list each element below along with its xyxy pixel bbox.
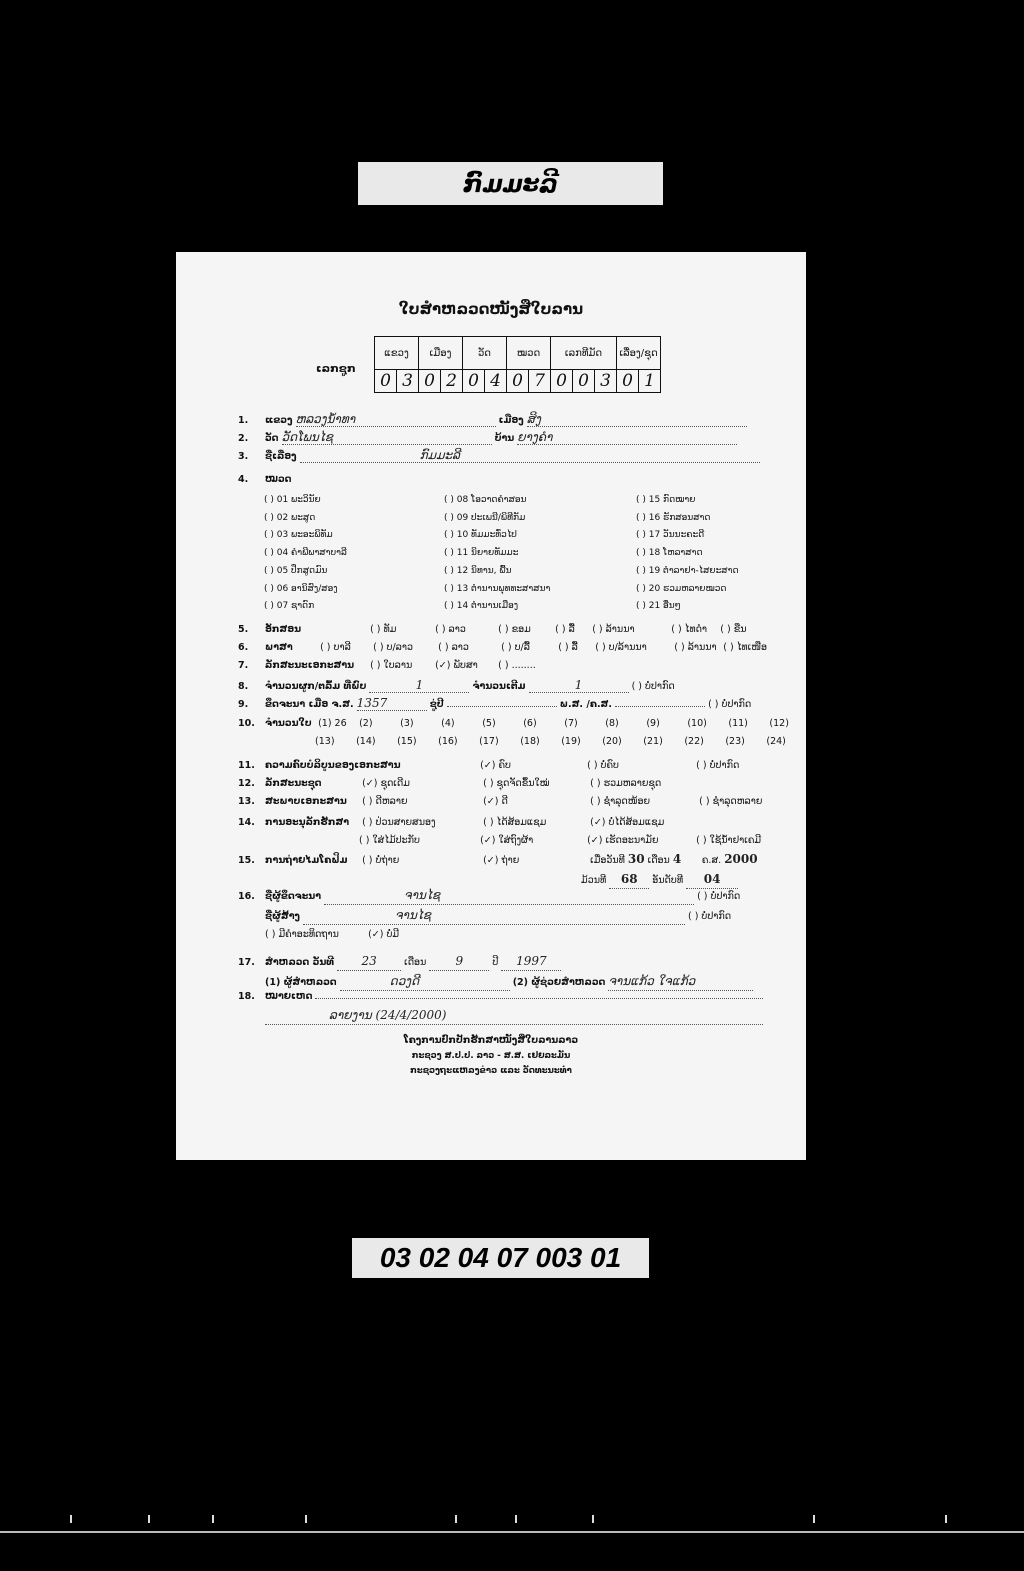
condition-option[interactable]: ( ) ຊຳລຸດຫລາຍ: [699, 796, 762, 807]
scribe-value: ຈານໄຊ: [324, 886, 694, 905]
code-digit: 1: [639, 370, 661, 393]
field-set-type: 12. ລັກສະນະຊຸດ (✓) ຊຸດເດີມ ( ) ຊຸດຈັດຂຶ້…: [238, 778, 661, 789]
field-number: 17.: [238, 954, 262, 972]
category-option[interactable]: ( ) 01 ພະວິນັຍ: [264, 492, 347, 510]
field-label: ຄ.ສ.: [702, 855, 721, 866]
footer-line-1: ໂຄງການປົກປັກຮັກສາໜັງສືໃບລານລາວ: [176, 1035, 806, 1046]
language-option[interactable]: ( ) ລາວ: [438, 642, 498, 653]
field-number: 7.: [238, 660, 262, 671]
field-survey: 17. ສຳຫລວດ ວັນທີ 23 ເດືອນ 9 ປີ 1997 (1) …: [238, 952, 753, 992]
script-option[interactable]: ( ) ຂອມ: [498, 624, 552, 635]
field-label: ສຳຫລວດ ວັນທີ: [265, 957, 334, 968]
field-number: 10.: [238, 715, 262, 733]
doctype-option[interactable]: ( ) ........: [498, 660, 536, 671]
condition-option[interactable]: ( ) ດີຫລາຍ: [362, 796, 480, 807]
reference-code-strip: 03 02 04 07 003 01: [352, 1238, 649, 1278]
completeness-option[interactable]: ( ) ບໍ່ປາກົດ: [696, 760, 739, 771]
field-label: ຂຶດຈະນາ ເມື່ອ ຈ.ສ.: [265, 699, 354, 710]
category-option[interactable]: ( ) 02 ພະສູດ: [264, 510, 347, 528]
leaf-count-cell: (17): [479, 733, 517, 751]
cs-year-value: 1357: [357, 696, 427, 711]
code-header-temple: ວັດ: [463, 337, 507, 370]
conservation-option[interactable]: (✓) ບໍ່ໄດ້ສ້ອມແຊມ: [590, 817, 664, 828]
field-label: ອັກສອນ: [265, 624, 367, 635]
field-label: ເດືອນ: [648, 855, 670, 866]
manuscript-survey-card: ໃບສຳຫລວດໜັງສືໃບລານ ເລກຊູກ ແຂວງ ເມືອງ ວັດ…: [176, 252, 806, 1160]
code-header-province: ແຂວງ: [375, 337, 419, 370]
field-label: ບ້ານ: [495, 433, 515, 444]
set-type-option[interactable]: ( ) ຮວມຫລາຍຊຸດ: [590, 778, 661, 789]
field-label: ເດືອນ: [404, 957, 426, 968]
field-label: ວັດ: [265, 433, 278, 444]
category-option[interactable]: ( ) 16 ຮັກສອນສາດ: [636, 510, 739, 528]
field-conservation: 14. ການອະນຸລັກຮັກສາ ( ) ປ່ວນສາຍສນອງ ( ) …: [238, 814, 761, 850]
leaf-count-cell: (6): [523, 715, 561, 733]
category-option[interactable]: ( ) 07 ຊາດົກ: [264, 598, 347, 616]
code-table: ແຂວງ ເມືອງ ວັດ ໝວດ ເລກທີມັດ ເລື່ອງ/ຊຸດ 0…: [374, 336, 661, 393]
leaf-count-cell: (3): [400, 715, 438, 733]
category-option[interactable]: ( ) 03 ພະອະພິທັມ: [264, 527, 347, 545]
field-number: 5.: [238, 624, 262, 635]
leaf-count-cell: (19): [561, 733, 599, 751]
field-label: ອັນດັບທີ: [652, 875, 683, 886]
script-option[interactable]: ( ) ໄທດຳ: [671, 624, 717, 635]
fascicle-count-value: 1: [369, 678, 469, 693]
condition-option[interactable]: ( ) ຊຳລຸດໜ້ອຍ: [590, 796, 696, 807]
footer-line-2: ກະຊວງ ສ.ປ.ປ. ລາວ - ສ.ສ. ເຢຍລະມັນ: [176, 1051, 806, 1061]
film-mark: [592, 1515, 594, 1523]
field-label: ໝວດ: [265, 474, 291, 485]
script-option[interactable]: ( ) ຂືນ: [720, 624, 746, 635]
film-mark: [70, 1515, 72, 1523]
code-label: ເລກຊູກ: [316, 362, 356, 375]
field-language: 6. ພາສາ ( ) ບາລີ ( ) ບ/ລາວ ( ) ລາວ ( ) ບ…: [238, 642, 767, 653]
script-option[interactable]: ( ) ລ້ານນາ: [592, 624, 668, 635]
leaf-count-cell: (22): [684, 733, 722, 751]
language-option[interactable]: ( ) ບ/ລາວ: [373, 642, 435, 653]
conservation-option[interactable]: ( ) ໃສ່ໄມ້ປະກັບ: [359, 832, 477, 850]
field-label: ຊື່ເລື່ອງ: [265, 451, 297, 462]
conservation-option[interactable]: ( ) ປ່ວນສາຍສນອງ: [362, 814, 480, 832]
film-edge-line: [0, 1531, 1024, 1533]
unknown-option[interactable]: ( ) ບໍ່ປາກົດ: [697, 891, 740, 902]
category-option[interactable]: ( ) 21 ອື່ນໆ: [636, 598, 739, 616]
category-option[interactable]: ( ) 05 ປຶກສູດມົນ: [264, 563, 347, 581]
completeness-option[interactable]: ( ) ບໍ່ຄົບ: [587, 760, 693, 771]
unknown-option[interactable]: ( ) ບໍ່ປາກົດ: [708, 699, 751, 710]
language-option[interactable]: ( ) ບ/ລ້ານນາ: [595, 642, 671, 653]
category-option[interactable]: ( ) 09 ປະເພນີ/ພິທີກັມ: [444, 510, 550, 528]
field-number: 11.: [238, 760, 262, 771]
film-mark: [515, 1515, 517, 1523]
code-header-category: ໝວດ: [507, 337, 551, 370]
condition-option[interactable]: (✓) ດີ: [483, 796, 587, 807]
field-label: ພ.ສ. /ຄ.ສ.: [560, 699, 612, 710]
field-number: 13.: [238, 796, 262, 807]
category-column-3: ( ) 15 ກົດໝາຍ ( ) 16 ຮັກສອນສາດ ( ) 17 ວັ…: [636, 492, 739, 616]
code-digit: 0: [551, 370, 573, 393]
leaf-count-cell: (8): [605, 715, 643, 733]
field-number: 16.: [238, 888, 262, 906]
field-temple: 2. ວັດ ວັດໂພນໄຊ ບ້ານ ຍາງຄຳ: [238, 430, 737, 445]
field-number: 4.: [238, 474, 262, 485]
field-label: ລັກສະນະຊຸດ: [265, 778, 359, 789]
leaf-count-cell: (24): [766, 736, 786, 747]
field-label: ຊື່ຜູ້ສ້າງ: [265, 911, 300, 922]
card-title: ໃບສຳຫລວດໜັງສືໃບລານ: [176, 300, 806, 318]
leaf-count-cell: (7): [564, 715, 602, 733]
category-option[interactable]: ( ) 10 ທັມມະທົ່ວໄປ: [444, 527, 550, 545]
leaf-count-cell: (9): [646, 715, 684, 733]
code-digit: 2: [441, 370, 463, 393]
field-label: ພາສາ: [265, 642, 317, 653]
field-document-type: 7. ລັກສະນະເອກະສານ ( ) ໃບລານ (✓) ພັບສາ ( …: [238, 660, 536, 671]
temple-value: ວັດໂພນໄຊ: [282, 430, 492, 445]
field-number: 9.: [238, 699, 262, 710]
film-mark: [813, 1515, 815, 1523]
category-option[interactable]: ( ) 20 ຮວມຫລາຍໝວດ: [636, 581, 739, 599]
code-digit: 3: [397, 370, 419, 393]
field-scribe: 16. ຊື່ຜູ້ຂຶດຈະນາ ຈານໄຊ ( ) ບໍ່ປາກົດ ຊື່…: [238, 886, 740, 944]
category-option[interactable]: ( ) 17 ວັນນະຄະດີ: [636, 527, 739, 545]
code-digit: 0: [419, 370, 441, 393]
set-type-option[interactable]: ( ) ຊຸດຈັດຂຶ້ນໃໝ່: [483, 778, 587, 789]
code-digit: 0: [617, 370, 639, 393]
leaf-count-cell: (23): [725, 733, 763, 751]
field-leaf-count: 10. ຈຳນວນໃບ (1) 26 (2) (3) (4) (5) (6) (…: [238, 715, 789, 751]
leaf-count-cell: (11): [728, 715, 766, 733]
field-label: (1) ຜູ້ສຳຫລວດ: [265, 977, 337, 988]
district-value: ສິງ: [527, 412, 747, 427]
code-digit: 7: [529, 370, 551, 393]
field-label: (2) ຜູ້ຊ່ວຍສຳຫລວດ: [513, 977, 606, 988]
field-label: ສະພາບເອກະສານ: [265, 796, 359, 807]
code-header-district: ເມືອງ: [419, 337, 463, 370]
category-option[interactable]: ( ) 18 ໂຫລາສາດ: [636, 545, 739, 563]
film-mark: [148, 1515, 150, 1523]
field-label: ຊູ່ປີ: [430, 699, 444, 710]
category-option[interactable]: ( ) 13 ຕຳນານພຸທທະສາສນາ: [444, 581, 550, 599]
unknown-option[interactable]: ( ) ບໍ່ປາກົດ: [688, 911, 731, 922]
field-number: 1.: [238, 415, 262, 426]
leaf-count-cell: (4): [441, 715, 479, 733]
footer-line-3: ກະຊວງຖະແຫລງຂ່າວ ແລະ ວັດທະນະທຳ: [176, 1066, 806, 1076]
completeness-option[interactable]: (✓) ຄົບ: [480, 760, 584, 771]
province-value: ຫລວງນ້ຳທາ: [296, 412, 496, 427]
script-option[interactable]: ( ) ລື້: [555, 624, 589, 635]
conservation-option[interactable]: ( ) ໄດ້ສ້ອມແຊມ: [483, 814, 587, 832]
set-type-option[interactable]: (✓) ຊຸດເດີມ: [362, 778, 480, 789]
survey-month: 9: [429, 952, 489, 971]
code-digit: 0: [573, 370, 595, 393]
field-number: 3.: [238, 451, 262, 462]
field-number: 18.: [238, 988, 262, 1006]
script-option[interactable]: ( ) ລາວ: [435, 624, 495, 635]
leaf-count-cell: (1) 26: [318, 715, 356, 733]
top-label-strip: ກົມມະລີ: [358, 162, 663, 205]
film-mark: [212, 1515, 214, 1523]
leaf-count-cell: (18): [520, 733, 558, 751]
field-category: 4. ໝວດ: [238, 474, 291, 485]
field-inscription-date: 9. ຂຶດຈະນາ ເມື່ອ ຈ.ສ. 1357 ຊູ່ປີ ພ.ສ. /ຄ…: [238, 696, 751, 711]
leaf-count-cell: (13): [315, 733, 353, 751]
field-title: 3. ຊື່ເລື່ອງ ກົມມະລີ: [238, 448, 760, 463]
sponsor-value: ຈານໄຊ: [303, 906, 685, 925]
language-option[interactable]: ( ) ບ/ລື້: [501, 642, 555, 653]
field-label: ມ້ວນທີ: [581, 875, 606, 886]
field-fascicle-count: 8. ຈຳນວນຜູກ/ຕລົ້ມ ທີ່ພົບ 1 ຈຳນວນເຕີມ 1 (…: [238, 678, 675, 693]
field-label: ແຂວງ: [265, 415, 292, 426]
category-option[interactable]: ( ) 19 ຕຳລາຢາ-ໄສຍະສາດ: [636, 563, 739, 581]
category-column-1: ( ) 01 ພະວິນັຍ ( ) 02 ພະສູດ ( ) 03 ພະອະພ…: [264, 492, 347, 616]
field-number: 8.: [238, 681, 262, 692]
category-column-2: ( ) 08 ໂອວາດຄຳສອນ ( ) 09 ປະເພນີ/ພິທີກັມ …: [444, 492, 550, 616]
field-label: ປີ: [492, 957, 498, 968]
leaf-count-cell: (5): [482, 715, 520, 733]
field-number: 2.: [238, 433, 262, 444]
leaf-count-cell: (20): [602, 733, 640, 751]
film-mark: [455, 1515, 457, 1523]
language-option[interactable]: ( ) ລ້ານນາ: [674, 642, 720, 653]
leaf-count-cell: (14): [356, 733, 394, 751]
colophon-option[interactable]: ( ) ມີຄຳອະທິດຖານ: [265, 926, 365, 944]
script-option[interactable]: ( ) ທັມ: [370, 624, 432, 635]
language-option[interactable]: ( ) ບາລີ: [320, 642, 370, 653]
field-number: 6.: [238, 642, 262, 653]
survey-year: 1997: [501, 952, 561, 971]
field-label: ຈຳນວນເຕີມ: [472, 681, 525, 692]
category-option[interactable]: ( ) 12 ນິທານ, ພື້ນ: [444, 563, 550, 581]
field-number: 14.: [238, 814, 262, 832]
category-option[interactable]: ( ) 04 ຄຳພີພາສາບາລີ: [264, 545, 347, 563]
conservation-option[interactable]: (✓) ໃສ່ຖົງຜ້າ: [480, 832, 584, 850]
field-label: ເມື່ອວັນທີ: [590, 855, 625, 866]
microfilm-option[interactable]: ( ) ບໍ່ຖ່າຍ: [362, 852, 480, 870]
code-digit: 0: [463, 370, 485, 393]
field-remarks: 18. ໝາຍເຫດ ລາຍງານ (24/4/2000): [238, 988, 763, 1026]
code-header-title-set: ເລື່ອງ/ຊຸດ: [617, 337, 661, 370]
leaf-count-cell: (10): [687, 715, 725, 733]
doctype-option[interactable]: (✓) ພັບສາ: [435, 660, 495, 671]
survey-day: 23: [337, 952, 401, 971]
microfilm-option[interactable]: (✓) ຖ່າຍ: [483, 852, 587, 870]
code-digit: 0: [375, 370, 397, 393]
leaf-count-cell: (15): [397, 733, 435, 751]
field-microfilm: 15. ການຖ່າຍໄມໂຄຟິມ ( ) ບໍ່ຖ່າຍ (✓) ຖ່າຍ …: [238, 850, 758, 890]
category-option[interactable]: ( ) 15 ກົດໝາຍ: [636, 492, 739, 510]
field-number: 15.: [238, 852, 262, 870]
film-mark: [945, 1515, 947, 1523]
village-value: ຍາງຄຳ: [517, 430, 737, 445]
doctype-option[interactable]: ( ) ໃບລານ: [370, 660, 432, 671]
unknown-option[interactable]: ( ) ບໍ່ປາກົດ: [632, 681, 675, 692]
category-option[interactable]: ( ) 11 ນິຍາຍທັມມະ: [444, 545, 550, 563]
category-option[interactable]: ( ) 08 ໂອວາດຄຳສອນ: [444, 492, 550, 510]
microfilm-year: 2000: [724, 852, 757, 866]
language-option[interactable]: ( ) ໄທເໜືອ: [723, 642, 767, 653]
field-label: ການອະນຸລັກຮັກສາ: [265, 814, 359, 832]
title-value: ກົມມະລີ: [300, 448, 760, 463]
leaf-count-cell: (2): [359, 715, 397, 733]
code-digit: 0: [507, 370, 529, 393]
code-digit: 4: [485, 370, 507, 393]
conservation-option[interactable]: (✓) ເຮັດອະນາມັຍ: [587, 832, 693, 850]
field-completeness: 11. ຄວາມຄົບບໍລິບູນຂອງເອກະສານ (✓) ຄົບ ( )…: [238, 760, 739, 771]
code-digit: 3: [595, 370, 617, 393]
field-script: 5. ອັກສອນ ( ) ທັມ ( ) ລາວ ( ) ຂອມ ( ) ລື…: [238, 624, 746, 635]
field-label: ຈຳນວນໃບ: [265, 715, 315, 733]
field-label: ລັກສະນະເອກະສານ: [265, 660, 367, 671]
field-label: ໝາຍເຫດ: [265, 991, 312, 1002]
field-label: ຊື່ຜູ້ຂຶດຈະນາ: [265, 891, 321, 902]
leaf-count-cell: (16): [438, 733, 476, 751]
field-number: 12.: [238, 778, 262, 789]
original-count-value: 1: [529, 678, 629, 693]
film-mark: [305, 1515, 307, 1523]
field-label: ການຖ່າຍໄມໂຄຟິມ: [265, 852, 359, 870]
field-condition: 13. ສະພາບເອກະສານ ( ) ດີຫລາຍ (✓) ດີ ( ) ຊ…: [238, 796, 762, 807]
field-label: ຈຳນວນຜູກ/ຕລົ້ມ ທີ່ພົບ: [265, 681, 366, 692]
remarks-value: ລາຍງານ (24/4/2000): [265, 1006, 763, 1025]
colophon-option[interactable]: (✓) ບໍ່ມີ: [368, 929, 399, 940]
field-label: ຄວາມຄົບບໍລິບູນຂອງເອກະສານ: [265, 760, 477, 771]
leaf-count-cell: (12): [769, 718, 789, 729]
field-province: 1. ແຂວງ ຫລວງນ້ຳທາ ເມືອງ ສິງ: [238, 412, 747, 427]
code-header-bundle: ເລກທີມັດ: [551, 337, 617, 370]
category-option[interactable]: ( ) 14 ຕຳນານເມືອງ: [444, 598, 550, 616]
category-option[interactable]: ( ) 06 ອານິສົງ/ສອງ: [264, 581, 347, 599]
conservation-option[interactable]: ( ) ໃຊ້ນ້ຳຢາເຄມີ: [696, 835, 761, 846]
microfilm-day: 30: [628, 852, 645, 866]
field-label: ເມືອງ: [499, 415, 524, 426]
leaf-count-cell: (21): [643, 733, 681, 751]
microfilm-month: 4: [673, 850, 699, 868]
language-option[interactable]: ( ) ລື້: [558, 642, 592, 653]
